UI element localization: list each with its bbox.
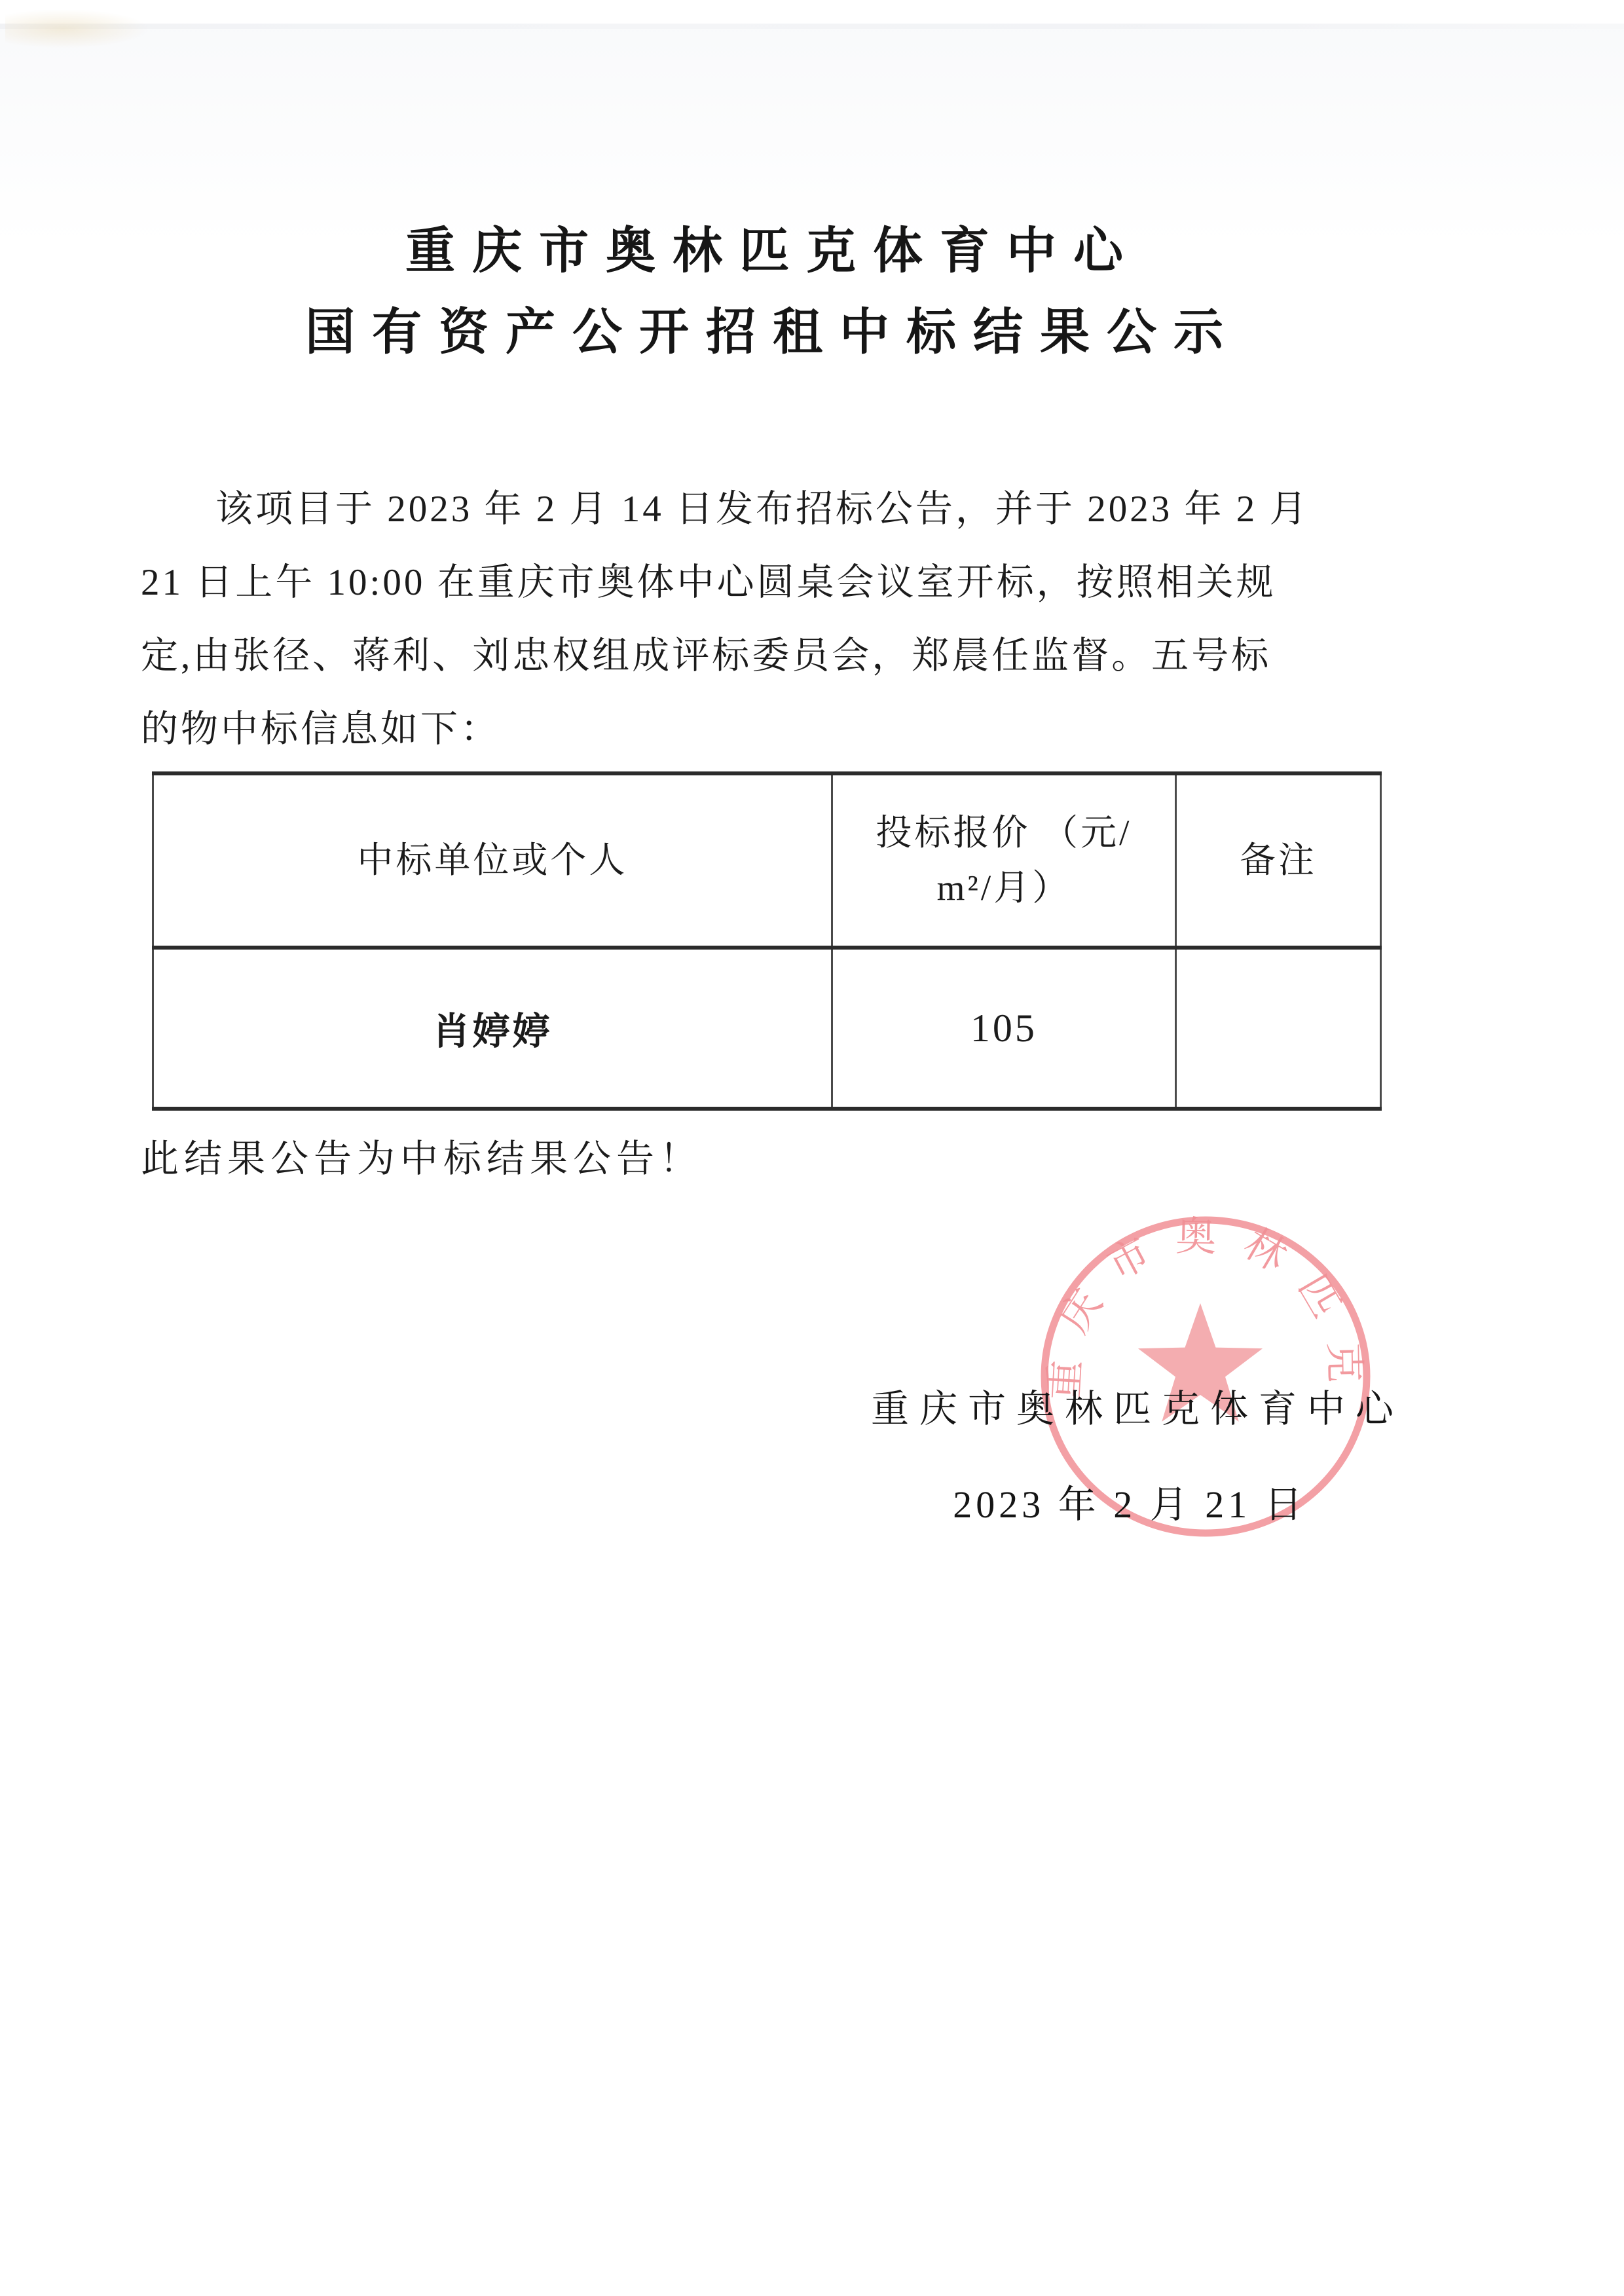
signature-org: 重庆市奥林匹克体育中心	[871, 1378, 1388, 1433]
remark-cell	[1175, 948, 1380, 1109]
paragraph-line: 的物中标信息如下：	[141, 693, 1375, 766]
header-price-line2: m²/月）	[840, 861, 1168, 916]
signature-date: 2023 年 2 月 21 日	[871, 1473, 1388, 1528]
header-cell-winner: 中标单位或个人	[153, 773, 832, 948]
body-paragraph: 该项目于 2023 年 2 月 14 日发布招标公告，并于 2023 年 2 月…	[141, 473, 1375, 766]
title-line-2: 国有资产公开招租中标结果公示	[79, 292, 1467, 373]
bid-price-cell: 105	[832, 948, 1175, 1109]
document-title: 重庆市奥林匹克体育中心 国有资产公开招租中标结果公示	[79, 211, 1467, 373]
paragraph-line: 该项目于 2023 年 2 月 14 日发布招标公告，并于 2023 年 2 月	[141, 473, 1375, 546]
header-cell-price: 投标报价 （元/ m²/月）	[832, 773, 1175, 948]
bid-result-table: 中标单位或个人 投标报价 （元/ m²/月） 备注 肖婷婷 105	[152, 771, 1382, 1111]
closing-statement: 此结果公告为中标结果公告！	[141, 1128, 1189, 1183]
paragraph-line: 21 日上午 10:00 在重庆市奥体中心圆桌会议室开标，按照相关规	[141, 546, 1375, 620]
scan-smudge-artifact	[5, 9, 149, 48]
table-row: 肖婷婷 105	[153, 948, 1381, 1109]
signature-block: 重庆市奥林匹克体育中心 2023 年 2 月 21 日	[871, 1378, 1388, 1528]
winner-name-cell: 肖婷婷	[153, 948, 832, 1109]
title-line-1: 重庆市奥林匹克体育中心	[79, 211, 1467, 292]
document-page: 重庆市奥林匹克体育中心 国有资产公开招租中标结果公示 该项目于 2023 年 2…	[0, 0, 1624, 2296]
header-price-line1: 投标报价 （元/	[840, 805, 1168, 861]
scan-line-artifact	[0, 24, 1624, 29]
header-cell-remark: 备注	[1175, 773, 1380, 948]
paragraph-line: 定,由张径、蒋利、刘忠权组成评标委员会，郑晨任监督。五号标	[141, 620, 1375, 693]
table-header-row: 中标单位或个人 投标报价 （元/ m²/月） 备注	[153, 773, 1381, 948]
